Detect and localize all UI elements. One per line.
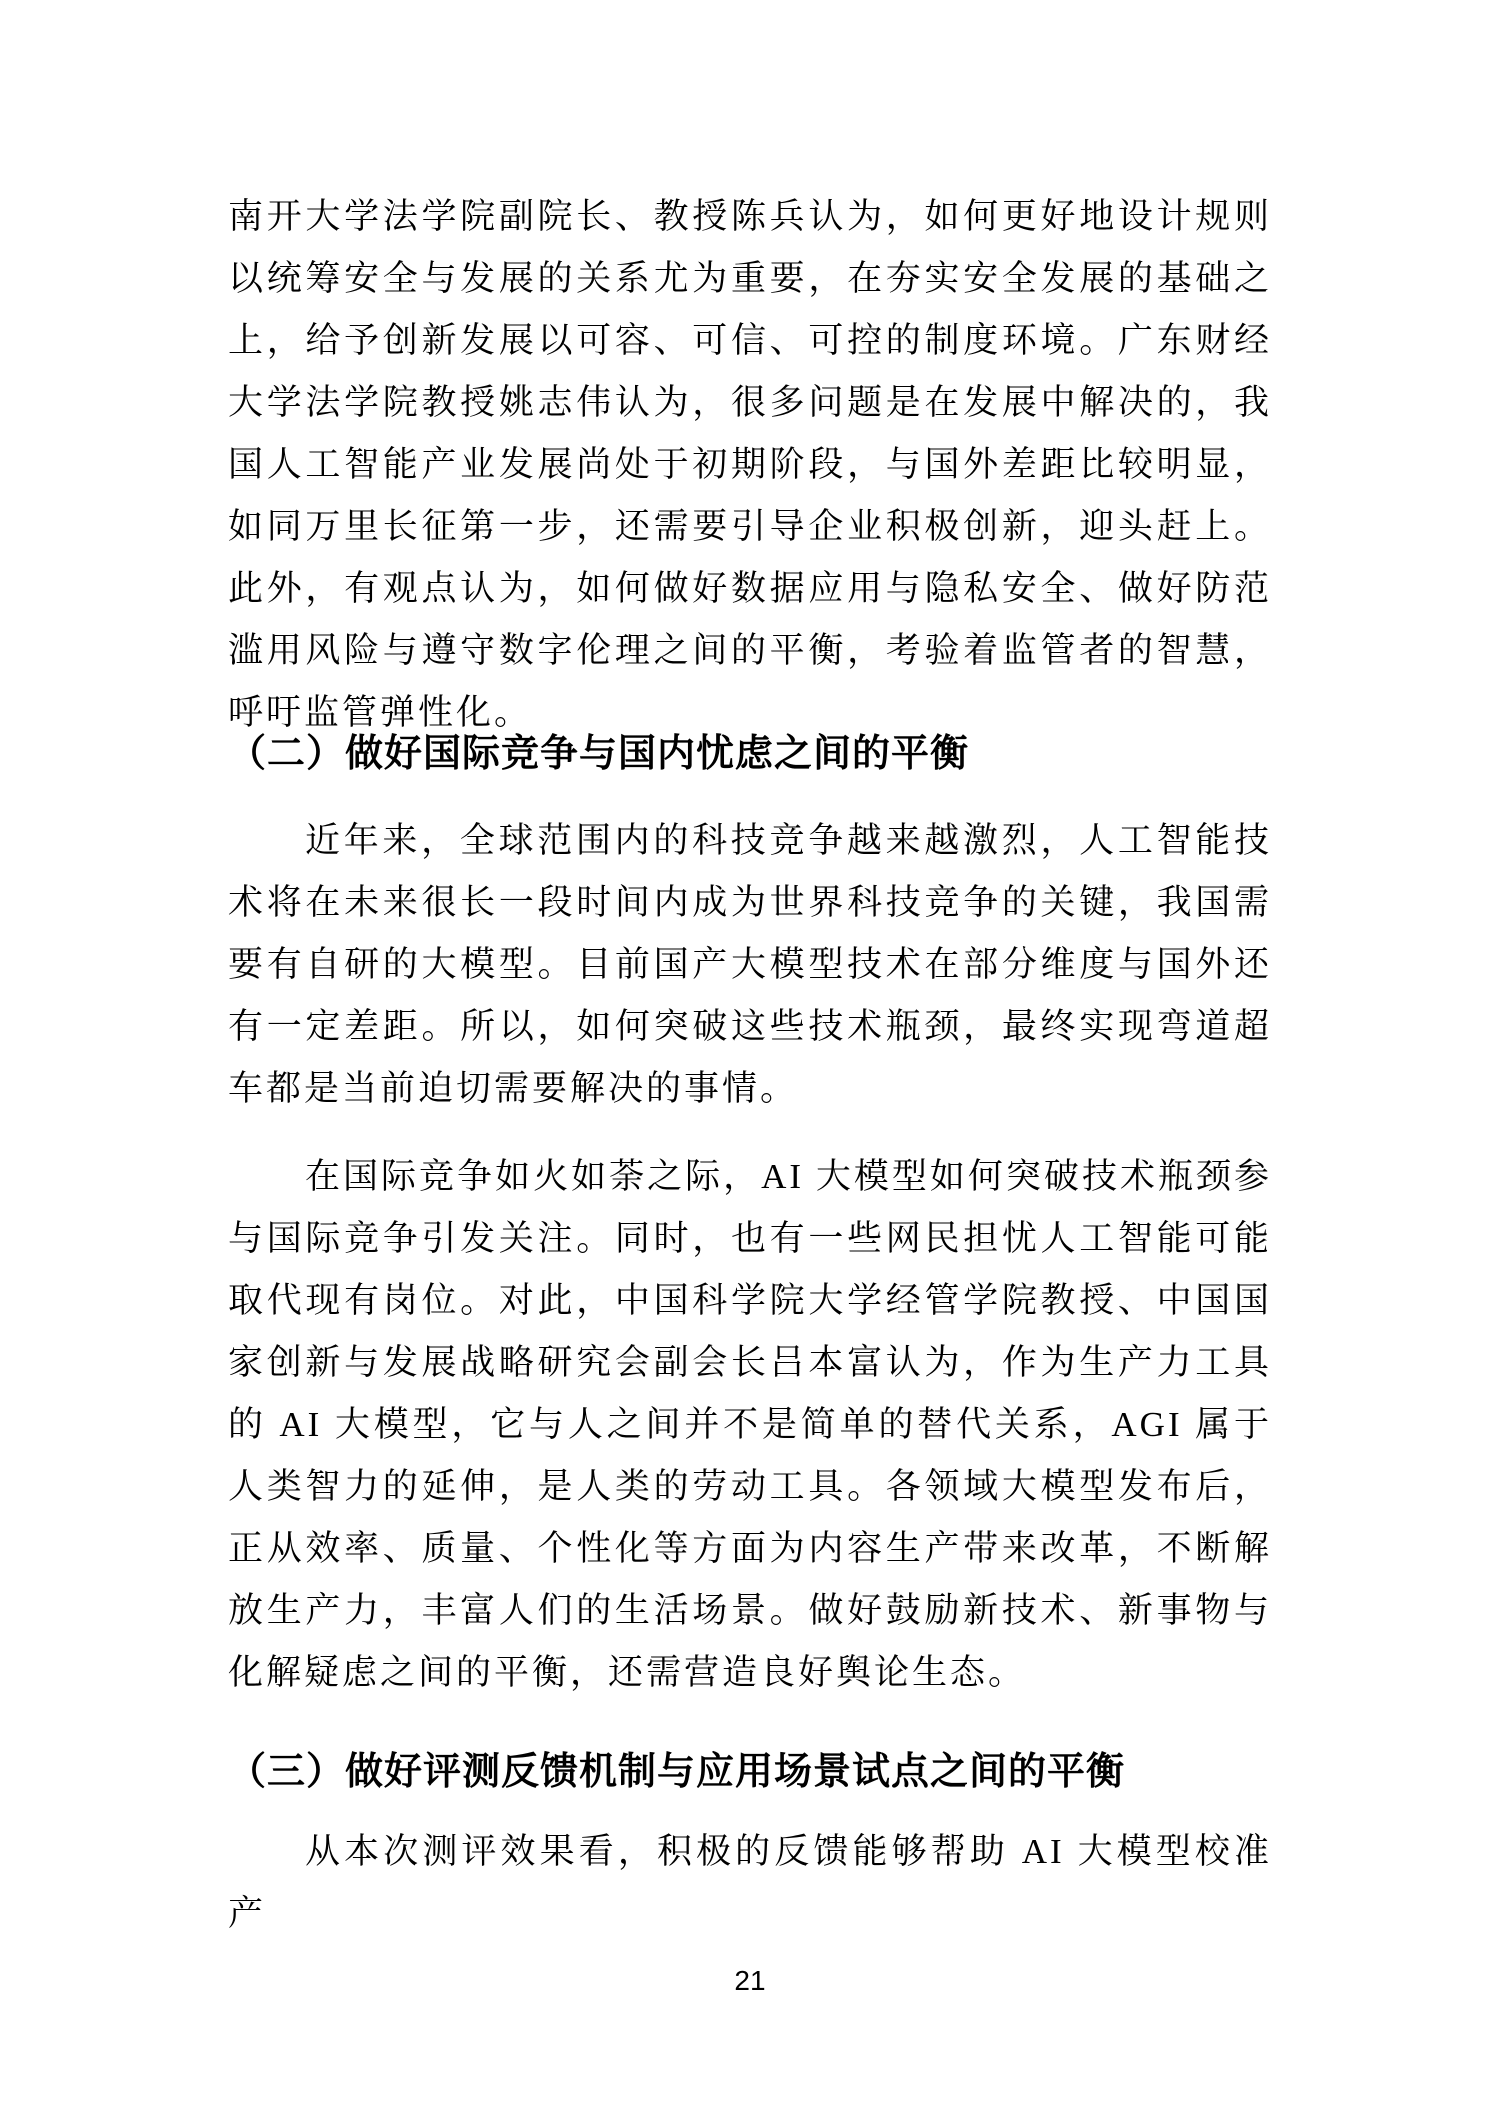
body-paragraph-3: 在国际竞争如火如荼之际，AI 大模型如何突破技术瓶颈参与国际竞争引发关注。同时，…: [228, 1146, 1272, 1704]
body-paragraph-2: 近年来，全球范围内的科技竞争越来越激烈，人工智能技术将在未来很长一段时间内成为世…: [228, 810, 1272, 1120]
page-number: 21: [0, 1966, 1500, 1996]
body-paragraph-4: 从本次测评效果看，积极的反馈能够帮助 AI 大模型校准产: [228, 1821, 1272, 1945]
section-heading-3: （三）做好评测反馈机制与应用场景试点之间的平衡: [228, 1741, 1272, 1803]
document-page: 南开大学法学院副院长、教授陈兵认为，如何更好地设计规则以统筹安全与发展的关系尤为…: [0, 0, 1500, 2121]
body-paragraph-1: 南开大学法学院副院长、教授陈兵认为，如何更好地设计规则以统筹安全与发展的关系尤为…: [228, 186, 1272, 744]
section-heading-2: （二）做好国际竞争与国内忧虑之间的平衡: [228, 723, 1272, 785]
